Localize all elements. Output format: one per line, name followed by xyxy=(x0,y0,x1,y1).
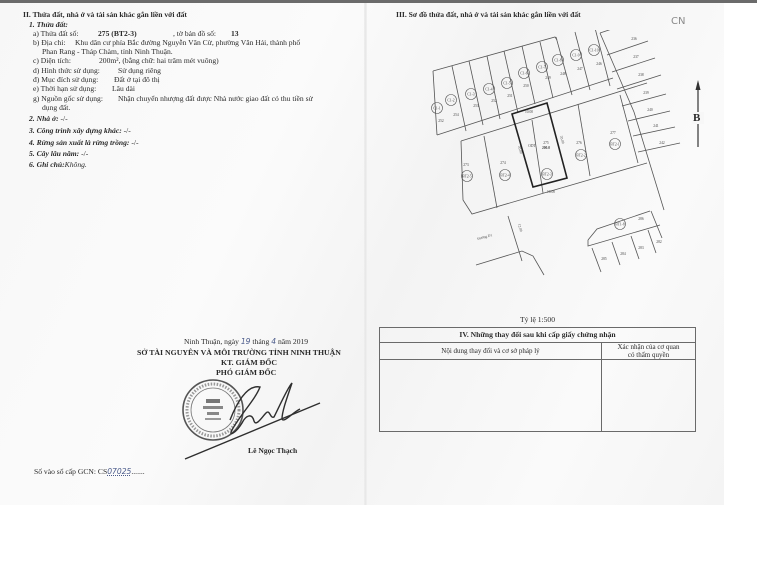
svg-text:200.0: 200.0 xyxy=(542,146,550,150)
usage-term-value: Lâu dài xyxy=(112,84,135,93)
svg-text:285: 285 xyxy=(601,257,607,261)
svg-text:C1-3: C1-3 xyxy=(467,93,474,97)
svg-text:BT2-5: BT2-5 xyxy=(462,175,472,179)
origin-label: g) Nguồn gốc sử dụng: xyxy=(33,94,103,103)
place-date: Ninh Thuận, ngày 19 tháng 4 năm 2019 xyxy=(184,337,308,346)
usage-purpose-value: Đất ở tại đô thị xyxy=(114,75,160,84)
svg-text:250: 250 xyxy=(523,84,529,88)
area-label: c) Diện tích: xyxy=(33,56,71,65)
svg-text:C1-7: C1-7 xyxy=(538,66,545,70)
svg-text:248: 248 xyxy=(560,72,566,76)
column-header-change-content: Nội dung thay đổi và cơ sở pháp lý xyxy=(380,342,602,360)
map-scale: Tỷ lệ 1:500 xyxy=(520,315,555,324)
usage-term-label: e) Thời hạn sử dụng: xyxy=(33,84,96,93)
svg-text:239: 239 xyxy=(643,91,649,95)
svg-text:BT2-4: BT2-4 xyxy=(500,174,510,178)
svg-text:C1-6: C1-6 xyxy=(520,72,527,76)
svg-text:246: 246 xyxy=(596,62,602,66)
svg-text:10.00: 10.00 xyxy=(525,110,533,114)
svg-text:253: 253 xyxy=(473,104,479,108)
director-title: KT. GIÁM ĐỐC xyxy=(221,358,277,367)
svg-text:BT1-8: BT1-8 xyxy=(615,223,625,227)
svg-text:C1-10: C1-10 xyxy=(590,49,599,53)
svg-text:C1-2: C1-2 xyxy=(447,99,454,103)
item-notes: 6. Ghi chú:Không. xyxy=(29,160,87,169)
map-sheet-value: 13 xyxy=(231,29,239,38)
map-sheet-label: , tờ bản đồ số: xyxy=(173,29,216,38)
svg-text:252: 252 xyxy=(438,119,444,123)
svg-text:ODT: ODT xyxy=(528,144,536,148)
svg-text:252: 252 xyxy=(491,99,497,103)
svg-text:249: 249 xyxy=(545,76,551,80)
corner-mark: CN xyxy=(671,17,685,26)
origin-value-line2: dụng đất. xyxy=(42,103,70,112)
parcel-map: C1-1 C1-2 C1-3 C1-4 C1-5 C1-6 C1-7 C1-8 … xyxy=(410,30,710,280)
svg-text:BT2-1: BT2-1 xyxy=(610,143,620,147)
address-value-line2: Phan Rang - Tháp Chàm, tỉnh Ninh Thuận. xyxy=(42,47,173,56)
area-value: 200m², (bằng chữ: hai trăm mét vuông) xyxy=(99,56,219,65)
svg-text:C1-9: C1-9 xyxy=(572,54,579,58)
svg-text:10.00: 10.00 xyxy=(547,190,555,194)
svg-text:20.00: 20.00 xyxy=(517,145,523,154)
origin-value-line1: Nhận chuyển nhượng đất được Nhà nước gia… xyxy=(118,94,313,103)
address-value-line1: Khu dân cư phía Bắc đường Nguyễn Văn Cừ,… xyxy=(75,38,300,47)
registry-number-value: 07025 xyxy=(107,467,131,476)
svg-text:Đường D1: Đường D1 xyxy=(477,233,493,241)
svg-text:242: 242 xyxy=(659,141,665,145)
svg-text:277: 277 xyxy=(610,131,616,135)
changes-table-title: IV. Những thay đổi sau khi cấp giấy chứn… xyxy=(380,328,695,343)
svg-text:284: 284 xyxy=(620,252,626,256)
svg-text:286: 286 xyxy=(638,217,644,221)
svg-text:276: 276 xyxy=(576,141,582,145)
svg-text:238: 238 xyxy=(638,73,644,77)
svg-text:273: 273 xyxy=(463,163,469,167)
usage-purpose-label: đ) Mục đích sử dụng: xyxy=(33,75,98,84)
item-house: 2. Nhà ở: -/- xyxy=(29,114,68,123)
svg-text:C1-8: C1-8 xyxy=(554,59,561,63)
parcel-number-value: 275 (BT2-3) xyxy=(98,29,137,38)
svg-text:BT2-2: BT2-2 xyxy=(576,154,586,158)
usage-form-label: d) Hình thức sử dụng: xyxy=(33,66,100,75)
registry-number: Số vào sổ cấp GCN: CS07025....... xyxy=(34,467,145,476)
svg-text:12.00: 12.00 xyxy=(517,223,523,232)
change-content-cell xyxy=(380,360,602,431)
svg-text:C1-4: C1-4 xyxy=(485,88,492,92)
date-day: 19 xyxy=(241,337,251,346)
svg-text:251: 251 xyxy=(507,94,513,98)
svg-text:20.00: 20.00 xyxy=(559,135,565,144)
svg-text:C1-5: C1-5 xyxy=(503,82,510,86)
svg-text:282: 282 xyxy=(656,240,662,244)
svg-text:254: 254 xyxy=(453,113,459,117)
signer-name: Lê Ngọc Thạch xyxy=(248,446,297,455)
svg-text:240: 240 xyxy=(647,108,653,112)
column-header-authority-confirmation: Xác nhận của cơ quan có thẩm quyền xyxy=(602,342,695,360)
svg-text:C1-1: C1-1 xyxy=(433,107,440,111)
parcel-number-label: a) Thửa đất số: xyxy=(33,29,79,38)
svg-text:BT2-3: BT2-3 xyxy=(542,173,552,177)
svg-text:274: 274 xyxy=(500,161,506,165)
usage-form-value: Sử dụng riêng xyxy=(118,66,161,75)
stamp-and-signature xyxy=(170,375,370,470)
svg-text:275: 275 xyxy=(543,141,549,145)
address-label: b) Địa chỉ: xyxy=(33,38,65,47)
section-iii-title: III. Sơ đồ thửa đất, nhà ở và tài sản kh… xyxy=(396,10,581,19)
item-perennial-trees: 5. Cây lâu năm: -/- xyxy=(29,149,88,158)
item-planted-forest: 4. Rừng sản xuất là rừng trồng: -/- xyxy=(29,138,139,147)
svg-text:247: 247 xyxy=(577,67,583,71)
land-heading: 1. Thửa đất: xyxy=(29,20,68,29)
issuing-agency: SỞ TÀI NGUYÊN VÀ MÔI TRƯỜNG TỈNH NINH TH… xyxy=(137,348,341,357)
item-other-construction: 3. Công trình xây dựng khác: -/- xyxy=(29,126,131,135)
changes-table: IV. Những thay đổi sau khi cấp giấy chứn… xyxy=(379,327,696,432)
section-ii-title: II. Thửa đất, nhà ở và tài sản khác gắn … xyxy=(23,10,187,19)
svg-text:237: 237 xyxy=(633,55,639,59)
authority-confirmation-cell xyxy=(602,360,695,431)
svg-text:283: 283 xyxy=(638,246,644,250)
north-label: B xyxy=(693,113,700,124)
svg-text:241: 241 xyxy=(653,124,659,128)
svg-text:236: 236 xyxy=(631,37,637,41)
date-month: 4 xyxy=(271,337,276,346)
